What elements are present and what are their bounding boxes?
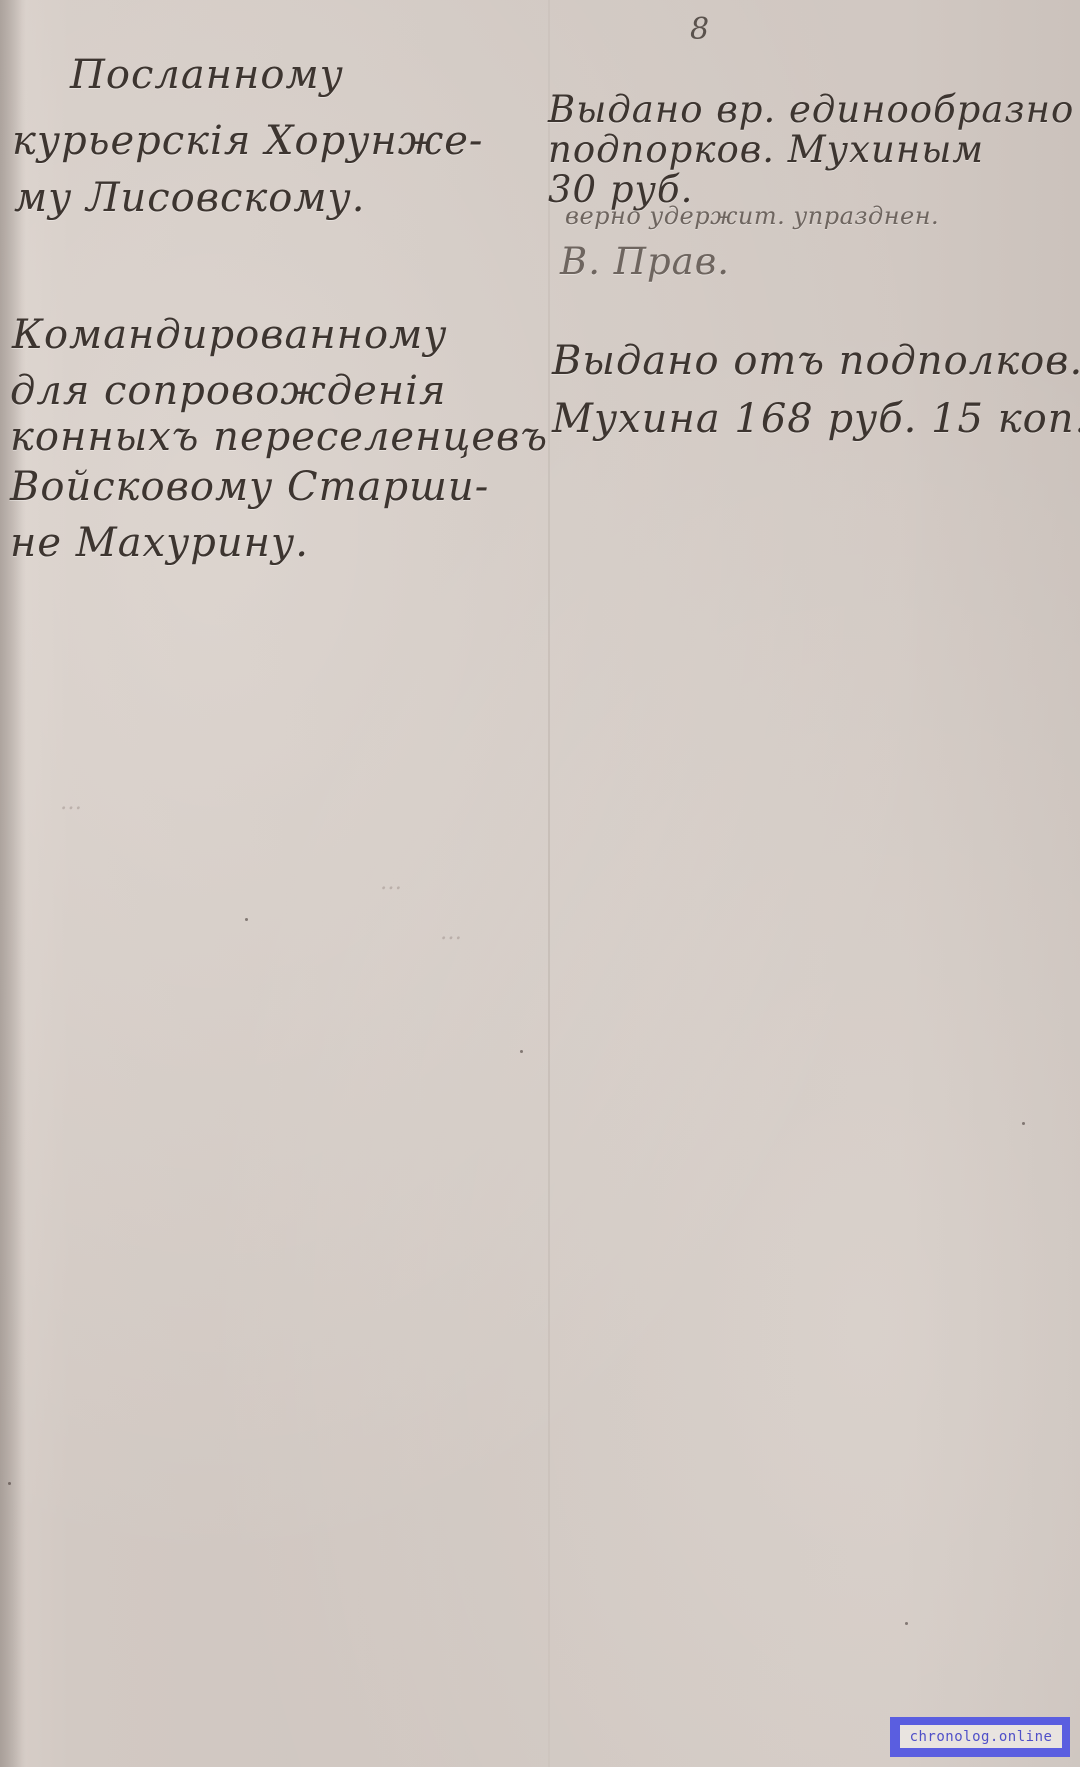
page-number: 8 — [690, 12, 709, 47]
entry1-disbursement-line1: Выдано вр. единообразно — [548, 88, 1074, 131]
bleed-through-3: … — [440, 920, 462, 945]
entry1-note-signature: В. Прав. — [560, 240, 730, 283]
entry1-disbursement-line2: подпорков. Мухиным — [548, 128, 984, 171]
paper-speck — [8, 1482, 11, 1485]
document-page: 8 Посланному курьерскія Хорунже- му Лисо… — [0, 0, 1080, 1767]
entry2-recipient-line4: Войсковому Старши- — [10, 464, 489, 510]
bleed-through-1: … — [60, 790, 82, 815]
entry2-recipient-line2: для сопровожденія — [10, 368, 446, 414]
binding-shadow — [0, 0, 26, 1767]
column-fold — [548, 0, 550, 1767]
entry2-disbursement-line2: Мухина 168 руб. 15 коп. — [552, 396, 1080, 442]
entry1-note-line1: верно удержит. упразднен. — [565, 202, 939, 230]
paper-speck — [1022, 1122, 1025, 1125]
paper-speck — [245, 918, 248, 921]
watermark-text: chronolog.online — [900, 1725, 1062, 1748]
paper-speck — [520, 1050, 523, 1053]
entry2-recipient-line3: конныхъ переселенцевъ — [10, 414, 548, 460]
entry1-recipient-line2: курьерскія Хорунже- — [12, 118, 483, 164]
entry2-recipient-line1: Командированному — [12, 312, 447, 358]
entry1-recipient-line3: му Лисовскому. — [14, 175, 365, 221]
paper-speck — [905, 1622, 908, 1625]
watermark-badge: chronolog.online — [890, 1717, 1070, 1757]
bleed-through-2: … — [380, 870, 402, 895]
entry2-recipient-line5: не Махурину. — [10, 520, 309, 566]
entry2-disbursement-line1: Выдано отъ подполков. — [552, 338, 1080, 384]
entry1-recipient-line1: Посланному — [70, 52, 344, 98]
